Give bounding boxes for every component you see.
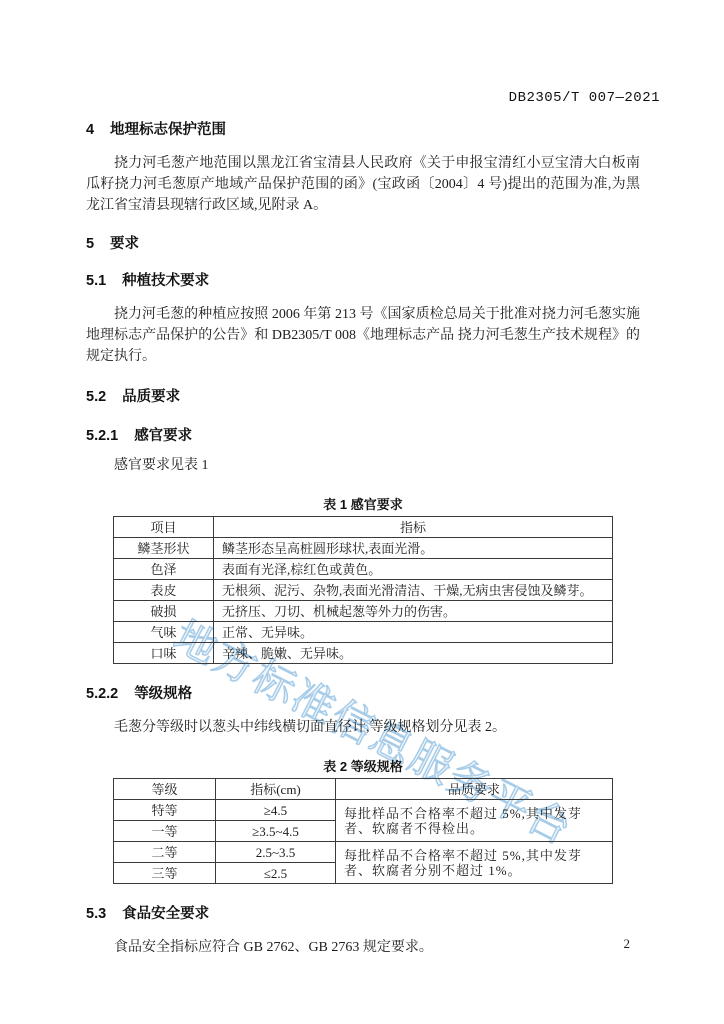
- spec-cell: 表面有光泽,棕红色或黄色。: [214, 559, 613, 580]
- spec-cell: 2.5~3.5: [216, 842, 336, 863]
- section-title: 地理标志保护范围: [110, 122, 226, 138]
- section-number: 5.1: [86, 273, 106, 289]
- page-header: DB2305/T 007—2021: [0, 0, 724, 106]
- document-body: 4地理标志保护范围 挠力河毛葱产地范围以黑龙江省宝清县人民政府《关于申报宝清红小…: [0, 122, 724, 958]
- quality-requirement-cell: 每批样品不合格率不超过 5%,其中发芽者、软腐者不得检出。: [336, 800, 613, 842]
- section-title: 要求: [110, 236, 139, 252]
- item-cell: 破损: [114, 601, 214, 622]
- section-heading-5-3: 5.3食品安全要求: [86, 906, 640, 923]
- grade-specification-table: 等级 指标(cm) 品质要求 特等 ≥4.5 每批样品不合格率不超过 5%,其中…: [113, 778, 613, 884]
- section-title: 食品安全要求: [122, 906, 209, 922]
- table-1-caption: 表 1 感官要求: [86, 494, 640, 513]
- grade-cell: 特等: [114, 800, 216, 821]
- section-5-2-1-paragraph: 感官要求见表 1: [86, 455, 640, 476]
- section-title: 感官要求: [134, 428, 192, 444]
- section-number: 5.3: [86, 906, 106, 922]
- table-row: 等级 指标(cm) 品质要求: [114, 779, 613, 800]
- table-row: 二等 2.5~3.5 每批样品不合格率不超过 5%,其中发芽者、软腐者分别不超过…: [114, 842, 613, 863]
- section-number: 5: [86, 236, 94, 252]
- column-header: 指标(cm): [216, 779, 336, 800]
- section-number: 4: [86, 122, 94, 138]
- section-title: 等级规格: [134, 686, 192, 702]
- spec-cell: ≥3.5~4.5: [216, 821, 336, 842]
- section-heading-5-2-2: 5.2.2等级规格: [86, 686, 640, 703]
- table-row: 鳞茎形状 鳞茎形态呈高桩圆形球状,表面光滑。: [114, 538, 613, 559]
- table-row: 项目 指标: [114, 517, 613, 538]
- page-number: 2: [624, 936, 631, 952]
- section-number: 5.2.2: [86, 686, 118, 702]
- spec-cell: 辛辣、脆嫩、无异味。: [214, 643, 613, 664]
- spec-cell: 鳞茎形态呈高桩圆形球状,表面光滑。: [214, 538, 613, 559]
- section-number: 5.2: [86, 389, 106, 405]
- sensory-requirements-table: 项目 指标 鳞茎形状 鳞茎形态呈高桩圆形球状,表面光滑。 色泽 表面有光泽,棕红…: [113, 516, 613, 664]
- table-row: 气味 正常、无异味。: [114, 622, 613, 643]
- spec-cell: ≥4.5: [216, 800, 336, 821]
- table-2-caption: 表 2 等级规格: [86, 756, 640, 775]
- section-title: 种植技术要求: [122, 273, 209, 289]
- table-row: 表皮 无根须、泥污、杂物,表面光滑清洁、干燥,无病虫害侵蚀及鳞芽。: [114, 580, 613, 601]
- section-5-3-paragraph: 食品安全指标应符合 GB 2762、GB 2763 规定要求。: [86, 937, 640, 958]
- spec-cell: ≤2.5: [216, 863, 336, 884]
- item-cell: 表皮: [114, 580, 214, 601]
- section-4-paragraph: 挠力河毛葱产地范围以黑龙江省宝清县人民政府《关于申报宝清红小豆宝清大白板南瓜籽挠…: [86, 153, 640, 216]
- section-number: 5.2.1: [86, 428, 118, 444]
- grade-cell: 一等: [114, 821, 216, 842]
- item-cell: 鳞茎形状: [114, 538, 214, 559]
- item-cell: 色泽: [114, 559, 214, 580]
- document-page: 地方标准信息服务平台 DB2305/T 007—2021 4地理标志保护范围 挠…: [0, 0, 724, 1024]
- quality-requirement-cell: 每批样品不合格率不超过 5%,其中发芽者、软腐者分别不超过 1%。: [336, 842, 613, 884]
- item-cell: 气味: [114, 622, 214, 643]
- grade-cell: 二等: [114, 842, 216, 863]
- table-row: 破损 无挤压、刀切、机械起葱等外力的伤害。: [114, 601, 613, 622]
- item-cell: 口味: [114, 643, 214, 664]
- column-header: 等级: [114, 779, 216, 800]
- section-heading-4: 4地理标志保护范围: [86, 122, 640, 139]
- table-row: 口味 辛辣、脆嫩、无异味。: [114, 643, 613, 664]
- column-header: 品质要求: [336, 779, 613, 800]
- section-5-1-paragraph: 挠力河毛葱的种植应按照 2006 年第 213 号《国家质检总局关于批准对挠力河…: [86, 304, 640, 367]
- section-heading-5: 5要求: [86, 236, 640, 253]
- standard-code: DB2305/T 007—2021: [509, 90, 660, 106]
- column-header: 指标: [214, 517, 613, 538]
- section-heading-5-2-1: 5.2.1感官要求: [86, 428, 640, 445]
- grade-cell: 三等: [114, 863, 216, 884]
- table-row: 特等 ≥4.5 每批样品不合格率不超过 5%,其中发芽者、软腐者不得检出。: [114, 800, 613, 821]
- spec-cell: 正常、无异味。: [214, 622, 613, 643]
- section-heading-5-2: 5.2品质要求: [86, 389, 640, 406]
- section-heading-5-1: 5.1种植技术要求: [86, 273, 640, 290]
- table-row: 色泽 表面有光泽,棕红色或黄色。: [114, 559, 613, 580]
- section-5-2-2-paragraph: 毛葱分等级时以葱头中纬线横切面直径计,等级规格划分见表 2。: [86, 717, 640, 738]
- spec-cell: 无挤压、刀切、机械起葱等外力的伤害。: [214, 601, 613, 622]
- section-title: 品质要求: [122, 389, 180, 405]
- spec-cell: 无根须、泥污、杂物,表面光滑清洁、干燥,无病虫害侵蚀及鳞芽。: [214, 580, 613, 601]
- column-header: 项目: [114, 517, 214, 538]
